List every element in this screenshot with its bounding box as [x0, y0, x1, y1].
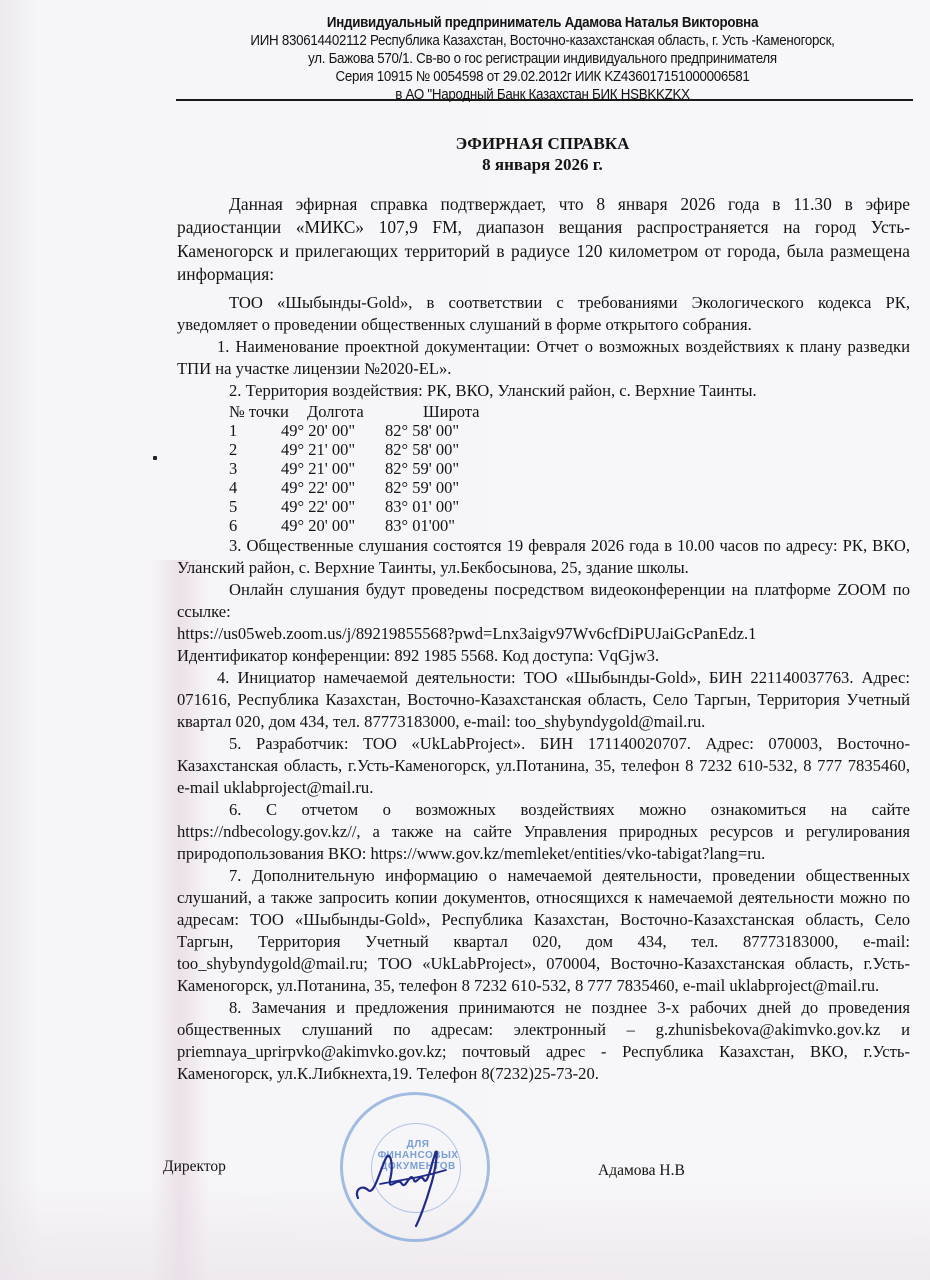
point-number: 4: [229, 478, 281, 497]
letterhead-line-address: ул. Бажова 570/1. Св-во о гос регистраци…: [204, 50, 880, 68]
online-hearing: Онлайн слушания будут проведены посредст…: [177, 579, 910, 623]
document-title: ЭФИРНАЯ СПРАВКА 8 января 2026 г.: [175, 133, 910, 175]
table-row: 1 49° 20' 00" 82° 58' 00": [229, 421, 910, 440]
item-4: 4. Инициатор намечаемой деятельности: ТО…: [177, 667, 910, 733]
lead-paragraph: Данная эфирная справка подтверждает, что…: [177, 193, 910, 286]
coordinates-header: № точки Долгота Широта: [229, 402, 910, 421]
letterhead-line-registration: Серия 10915 № 0054598 от 29.02.2012г ИИК…: [204, 68, 880, 86]
latitude: 82° 59' 00": [385, 459, 495, 478]
item-6: 6. С отчетом о возможных воздействиях мо…: [177, 799, 910, 865]
conference-id: Идентификатор конференции: 892 1985 5568…: [177, 645, 910, 667]
col-header-latitude: Широта: [423, 402, 533, 421]
latitude: 82° 58' 00": [385, 440, 495, 459]
col-header-point: № точки: [229, 402, 307, 421]
item-2: 2. Территория воздействия: РК, ВКО, Улан…: [177, 380, 910, 402]
item-1: 1. Наименование проектной документации: …: [177, 336, 910, 380]
scan-speck: [153, 456, 157, 460]
letterhead-line-bank: в АО "Народный Банк Казахстан БИК HSBKKZ…: [204, 86, 880, 104]
signatory-name: Адамова Н.В: [598, 1162, 685, 1180]
longitude: 49° 22' 00": [281, 497, 385, 516]
item-8: 8. Замечания и предложения принимаются н…: [177, 997, 910, 1085]
item-3: 3. Общественные слушания состоятся 19 фе…: [177, 535, 910, 579]
col-header-longitude: Долгота: [307, 402, 423, 421]
latitude: 83° 01'00": [385, 516, 495, 535]
latitude: 83° 01' 00": [385, 497, 495, 516]
handwritten-signature-icon: [350, 1140, 460, 1230]
longitude: 49° 21' 00": [281, 459, 385, 478]
signatory-role: Директор: [163, 1158, 226, 1176]
notice-paragraph: ТОО «Шыбынды-Gold», в соответствии с тре…: [177, 292, 910, 336]
document-date: 8 января 2026 г.: [175, 154, 910, 175]
entrepreneur-name: Индивидуальный предприниматель Адамова Н…: [204, 14, 880, 32]
zoom-link[interactable]: https://us05web.zoom.us/j/89219855568?pw…: [177, 623, 910, 645]
point-number: 3: [229, 459, 281, 478]
table-row: 4 49° 22' 00" 82° 59' 00": [229, 478, 910, 497]
point-number: 2: [229, 440, 281, 459]
point-number: 1: [229, 421, 281, 440]
item-5: 5. Разработчик: ТОО «UkLabProject». БИН …: [177, 733, 910, 799]
longitude: 49° 21' 00": [281, 440, 385, 459]
letterhead: Индивидуальный предприниматель Адамова Н…: [204, 14, 880, 104]
document-body: Данная эфирная справка подтверждает, что…: [177, 193, 910, 1085]
point-number: 5: [229, 497, 281, 516]
table-row: 5 49° 22' 00" 83° 01' 00": [229, 497, 910, 516]
longitude: 49° 20' 00": [281, 421, 385, 440]
document-heading: ЭФИРНАЯ СПРАВКА: [175, 133, 910, 154]
table-row: 3 49° 21' 00" 82° 59' 00": [229, 459, 910, 478]
latitude: 82° 59' 00": [385, 478, 495, 497]
longitude: 49° 20' 00": [281, 516, 385, 535]
latitude: 82° 58' 00": [385, 421, 495, 440]
coordinates-table: № точки Долгота Широта 1 49° 20' 00" 82°…: [229, 402, 910, 535]
table-row: 6 49° 20' 00" 83° 01'00": [229, 516, 910, 535]
letterhead-divider: [176, 99, 913, 101]
longitude: 49° 22' 00": [281, 478, 385, 497]
item-7: 7. Дополнительную информацию о намечаемо…: [177, 865, 910, 997]
letterhead-line-iin: ИИН 830614402112 Республика Казахстан, В…: [204, 32, 880, 50]
point-number: 6: [229, 516, 281, 535]
table-row: 2 49° 21' 00" 82° 58' 00": [229, 440, 910, 459]
